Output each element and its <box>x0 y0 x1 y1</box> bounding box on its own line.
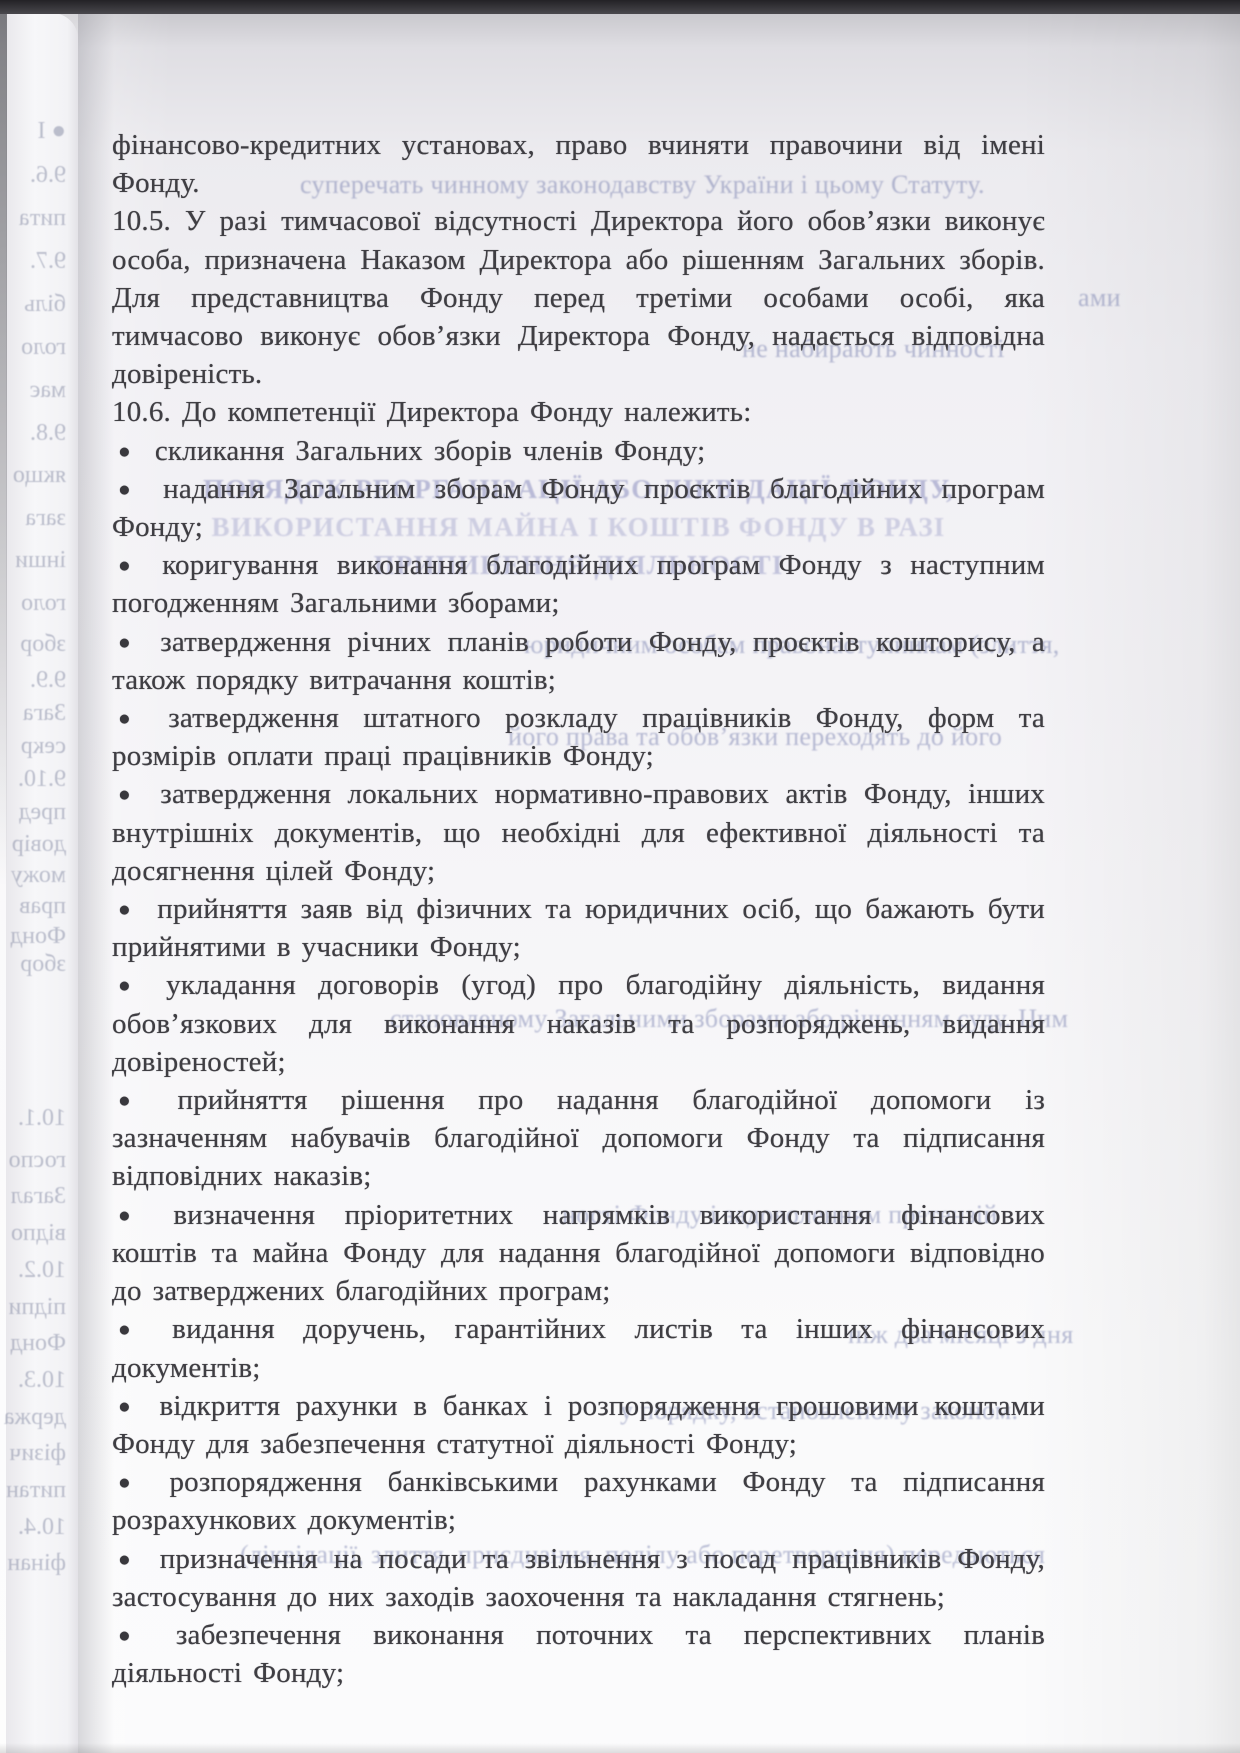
bullet-icon: ● <box>118 1394 136 1418</box>
margin-fragment: госпо <box>0 1147 66 1173</box>
scan-top-edge <box>0 0 1240 14</box>
bullet-item-text: видання доручень, гарантійних листів та … <box>112 1313 1045 1383</box>
bullet-item-text: укладання договорів (угод) про благодійн… <box>112 969 1045 1077</box>
margin-fragment: 9.6. <box>0 162 66 188</box>
margin-fragment: прав <box>0 893 66 919</box>
margin-fragment: держа <box>0 1404 66 1430</box>
margin-fragment: фінан <box>0 1550 66 1576</box>
bullet-item-text: прийняття заяв від фізичних та юридичних… <box>112 893 1045 963</box>
bullet-icon: ● <box>118 897 133 921</box>
margin-fragment: Загал <box>0 1183 66 1209</box>
margin-fragment: збор <box>0 631 66 657</box>
margin-fragment: 10.1. <box>0 1105 66 1131</box>
bullet-icon: ● <box>118 706 144 730</box>
margin-fragment: 10.4. <box>0 1514 66 1540</box>
bullet-item: ●укладання договорів (угод) про благодій… <box>112 966 1045 1081</box>
bullet-item-text: розпорядження банківськими рахунками Фон… <box>112 1466 1045 1536</box>
margin-fragment: має <box>0 377 66 403</box>
margin-fragment: 9.10. <box>0 766 66 792</box>
bullet-item: ●коригування виконання благодійних прогр… <box>112 546 1045 622</box>
spine-shadow <box>78 13 114 1753</box>
bullet-item: ●призначення на посади та звільнення з п… <box>112 1540 1045 1616</box>
margin-fragment: ● І <box>0 118 66 144</box>
bullet-item-text: відкриття рахунки в банках і розпоряджен… <box>112 1390 1045 1460</box>
bullet-icon: ● <box>118 1623 152 1647</box>
margin-fragment: голо <box>0 334 66 360</box>
margin-fragment: інши <box>0 547 66 573</box>
margin-fragment: пред <box>0 799 66 825</box>
bullet-item: ●визначення пріоритетних напрямків викор… <box>112 1196 1045 1311</box>
bullet-icon: ● <box>118 553 138 577</box>
bullet-item-text: коригування виконання благодійних програ… <box>112 549 1045 619</box>
bullet-item: ●скликання Загальних зборів членів Фонду… <box>112 432 1045 470</box>
bullet-icon: ● <box>118 477 139 501</box>
bullet-icon: ● <box>118 782 136 806</box>
margin-fragment: зага <box>0 505 66 531</box>
margin-fragment: 9.8. <box>0 420 66 446</box>
bullet-icon: ● <box>118 439 131 463</box>
bullet-icon: ● <box>118 1317 148 1341</box>
margin-fragment: збор <box>0 951 66 977</box>
bullet-item: ●розпорядження банківськими рахунками Фо… <box>112 1463 1045 1539</box>
margin-fragment: Зага <box>0 700 66 726</box>
bullet-icon: ● <box>118 1547 136 1571</box>
margin-fragment: 10.3. <box>0 1367 66 1393</box>
bullet-item-text: призначення на посади та звільнення з по… <box>112 1543 1045 1613</box>
bullet-item-text: прийняття рішення про надання благодійно… <box>112 1084 1045 1192</box>
paragraph-10-5: 10.5. У разі тимчасової відсутності Дире… <box>112 202 1045 393</box>
bullet-item-text: забезпечення виконання поточних та персп… <box>112 1619 1045 1689</box>
bullet-item: ●видання доручень, гарантійних листів та… <box>112 1310 1045 1386</box>
bullet-icon: ● <box>118 973 142 997</box>
bullet-item: ●прийняття заяв від фізичних та юридични… <box>112 890 1045 966</box>
bullet-icon: ● <box>118 1203 149 1227</box>
margin-fragment: голо <box>0 590 66 616</box>
bullet-item-text: надання Загальним зборам Фонду проєктів … <box>112 473 1045 543</box>
paragraph-10-6: 10.6. До компетенції Директора Фонду нал… <box>112 393 1045 431</box>
margin-fragment: секр <box>0 733 66 759</box>
margin-fragment: 10.2. <box>0 1257 66 1283</box>
scan-bottom-edge <box>0 1743 1240 1753</box>
bullet-item-text: затвердження локальних нормативно-правов… <box>112 778 1045 886</box>
margin-fragment: підпи <box>0 1294 66 1320</box>
margin-fragment: можу <box>0 862 66 888</box>
bullet-icon: ● <box>118 630 136 654</box>
margin-fragment: пита <box>0 205 66 231</box>
bullet-item-text: визначення пріоритетних напрямків викори… <box>112 1199 1045 1307</box>
bullet-item: ●затвердження річних планів роботи Фонду… <box>112 623 1045 699</box>
bullet-item-text: скликання Загальних зборів членів Фонду; <box>155 435 706 467</box>
bleed-line: ами <box>1078 283 1121 313</box>
bullet-item-text: затвердження штатного розкладу працівник… <box>112 702 1045 772</box>
margin-fragment: фізич <box>0 1440 66 1466</box>
bullet-item: ●затвердження локальних нормативно-право… <box>112 775 1045 890</box>
margin-fragment: 9.7. <box>0 248 66 274</box>
statute-text-block: фінансово-кредитних установах, право вчи… <box>112 126 1045 1692</box>
margin-fragment: питан <box>0 1477 66 1503</box>
paragraph-continuation: фінансово-кредитних установах, право вчи… <box>112 126 1045 202</box>
bullet-item: ●забезпечення виконання поточних та перс… <box>112 1616 1045 1692</box>
margin-fragment: відпо <box>0 1220 66 1246</box>
bullet-icon: ● <box>118 1470 145 1494</box>
bullet-item: ●прийняття рішення про надання благодійн… <box>112 1081 1045 1196</box>
bullet-item-text: затвердження річних планів роботи Фонду,… <box>112 626 1045 696</box>
scanned-page: ● І 9.6. пита 9.7. біль голо має 9.8. як… <box>0 0 1240 1753</box>
margin-fragment: довір <box>0 831 66 857</box>
margin-fragment: 9.9. <box>0 667 66 693</box>
margin-fragment: біль <box>0 291 66 317</box>
margin-fragment: Фонд <box>0 923 66 949</box>
bullet-icon: ● <box>118 1088 153 1112</box>
margin-fragment: якщо <box>0 462 66 488</box>
bullet-item: ●відкриття рахунки в банках і розпорядже… <box>112 1387 1045 1463</box>
bullet-item: ●затвердження штатного розкладу працівни… <box>112 699 1045 775</box>
bullet-item: ●надання Загальним зборам Фонду проєктів… <box>112 470 1045 546</box>
margin-fragment: Фонд <box>0 1330 66 1356</box>
